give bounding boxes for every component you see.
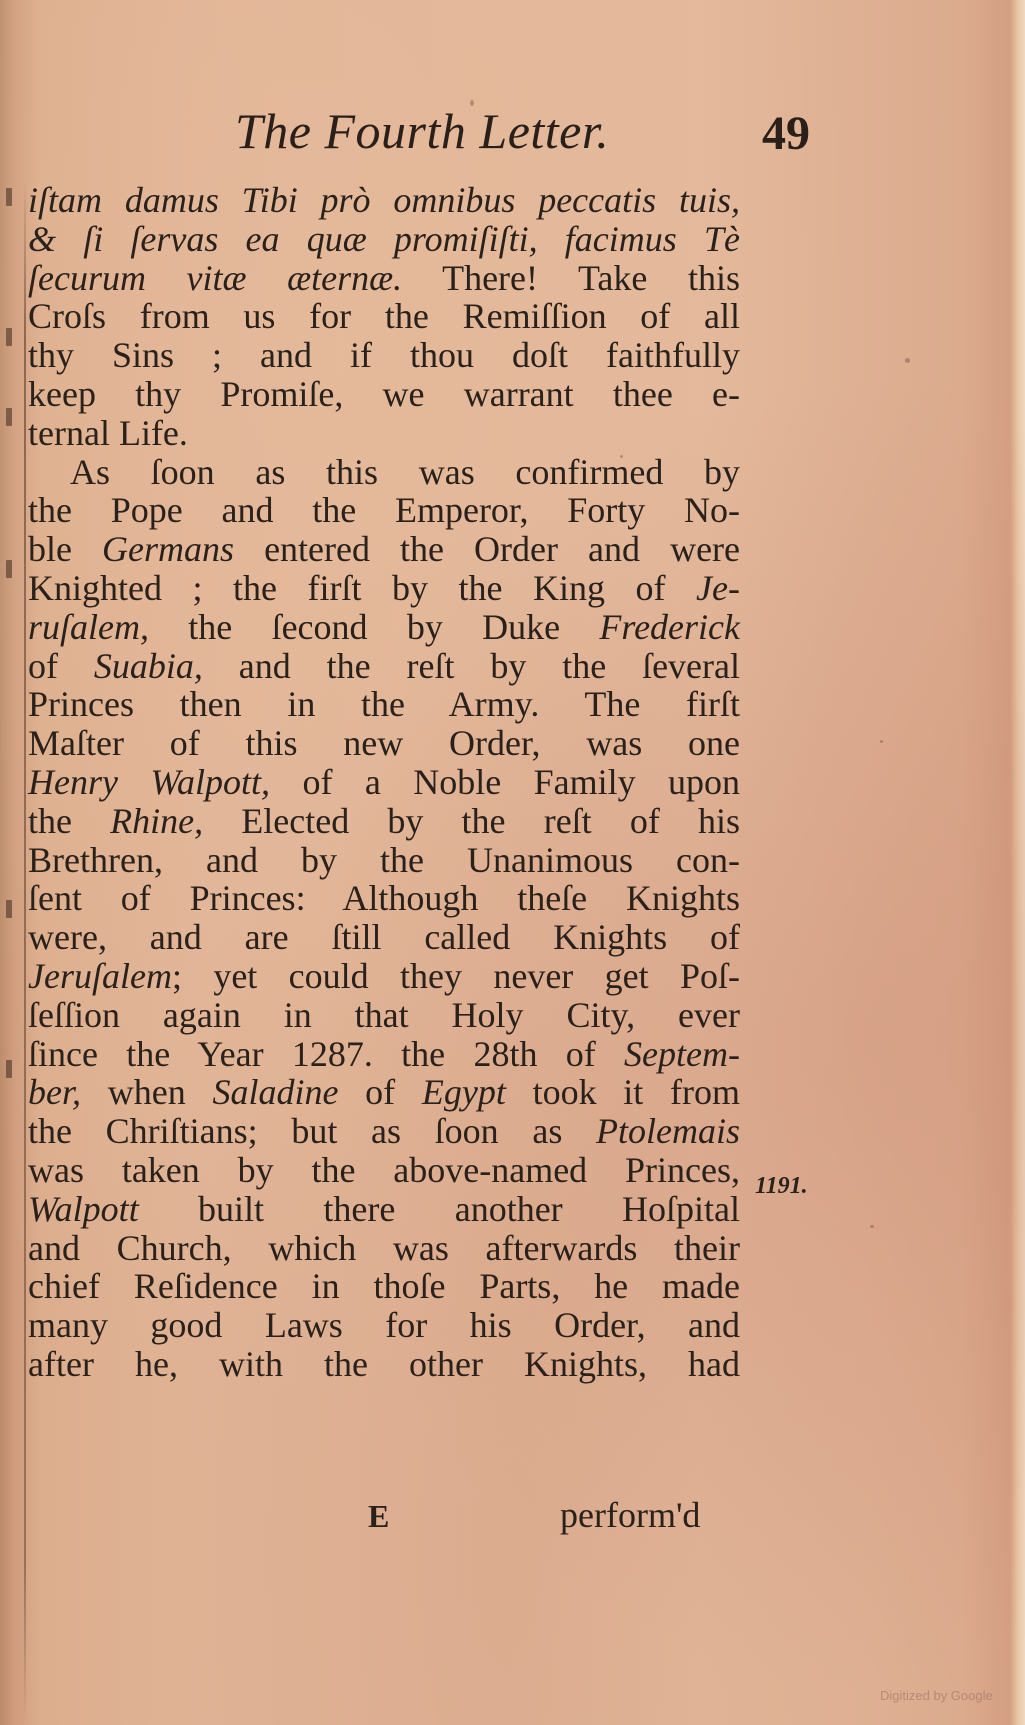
text-segment: Princes then in the Army. The firſt (28, 684, 740, 724)
text-line: iſtam damus Tibi prò omnibus peccatis tu… (28, 180, 740, 220)
text-line: Henry Walpott, of a Noble Family upon (28, 762, 740, 802)
text-line: were, and are ſtill called Knights of (28, 917, 740, 957)
text-segment: chief Reſidence in thoſe Parts, he made (28, 1266, 740, 1306)
paper-speck (880, 740, 883, 743)
text-line: ſent of Princes: Although theſe Knights (28, 878, 740, 918)
text-segment: thy Sins ; and if thou doſt faithfully (28, 335, 740, 375)
text-segment: the Pope and the Emperor, Forty No- (28, 490, 740, 530)
edge-mark (6, 328, 12, 346)
text-line: ruſalem, the ſecond by Duke Frederick (28, 607, 740, 647)
text-segment: of a Noble Family upon (270, 762, 740, 802)
text-segment: and the reſt by the ſeveral (203, 646, 740, 686)
italic-text-segment: ruſalem, (28, 607, 149, 647)
italic-text-segment: & ſi ſervas ea quæ promiſiſti, facimus T… (28, 219, 740, 259)
text-line: thy Sins ; and if thou doſt faithfully (28, 335, 740, 375)
italic-text-segment: Saladine (212, 1072, 338, 1112)
page-gutter-line (24, 180, 26, 1720)
text-segment: after he, with the other Knights, had (28, 1344, 740, 1384)
edge-mark (6, 560, 12, 578)
text-segment: entered the Order and were (234, 529, 740, 569)
text-line: and Church, which was afterwards their (28, 1228, 740, 1268)
text-segment: Brethren, and by the Unanimous con- (28, 840, 740, 880)
italic-text-segment: ber, (28, 1072, 81, 1112)
italic-text-segment: Rhine, (110, 801, 203, 841)
page-number: 49 (762, 106, 810, 161)
italic-text-segment: Egypt (422, 1072, 506, 1112)
text-segment: built there another Hoſpital (139, 1189, 740, 1229)
italic-text-segment: Germans (102, 529, 234, 569)
italic-text-segment: Jeruſalem (28, 956, 172, 996)
text-line: ſecurum vitæ æternæ. There! Take this (28, 258, 740, 298)
italic-text-segment: iſtam damus Tibi prò omnibus peccatis tu… (28, 180, 740, 220)
italic-text-segment: Frederick (599, 607, 740, 647)
text-line: Maſter of this new Order, was one (28, 723, 740, 763)
text-segment: Elected by the reſt of his (203, 801, 740, 841)
text-line: ternal Life. (28, 413, 740, 453)
text-segment: ſent of Princes: Although theſe Knights (28, 878, 740, 918)
text-line: ſince the Year 1287. the 28th of Septem- (28, 1034, 740, 1074)
text-segment: many good Laws for his Order, and (28, 1305, 740, 1345)
text-line: Brethren, and by the Unanimous con- (28, 840, 740, 880)
digitization-watermark: Digitized by Google (880, 1688, 993, 1703)
text-segment: were, and are ſtill called Knights of (28, 917, 740, 957)
text-line: the Rhine, Elected by the reſt of his (28, 801, 740, 841)
text-segment: ſeſſion again in that Holy City, ever (28, 995, 740, 1035)
italic-text-segment: Suabia, (94, 646, 203, 686)
margin-note-year: 1191. (755, 1173, 808, 1200)
text-segment: the (28, 801, 110, 841)
text-line: As ſoon as this was confirmed by (28, 452, 740, 492)
scanned-book-page: The Fourth Letter. 49 iſtam damus Tibi p… (0, 0, 1025, 1725)
text-line: after he, with the other Knights, had (28, 1344, 740, 1384)
italic-text-segment: Je- (696, 568, 740, 608)
text-line: Knighted ; the firſt by the King of Je- (28, 568, 740, 608)
edge-mark (6, 900, 12, 918)
text-segment: ſince the Year 1287. the 28th of (28, 1034, 624, 1074)
text-segment: and Church, which was afterwards their (28, 1228, 740, 1268)
text-segment: was taken by the above-named Princes, (28, 1150, 740, 1190)
italic-text-segment: ſecurum vitæ æternæ. (28, 258, 402, 298)
text-line: ber, when Saladine of Egypt took it from (28, 1072, 740, 1112)
text-segment: ; yet could they never get Poſ- (172, 956, 740, 996)
catchword: perform'd (560, 1494, 700, 1536)
italic-text-segment: Ptolemais (596, 1111, 740, 1151)
running-header-title: The Fourth Letter. (235, 102, 609, 160)
italic-text-segment: Henry Walpott, (28, 762, 270, 802)
text-segment: the ſecond by Duke (149, 607, 599, 647)
text-line: & ſi ſervas ea quæ promiſiſti, facimus T… (28, 219, 740, 259)
text-line: chief Reſidence in thoſe Parts, he made (28, 1266, 740, 1306)
text-line: keep thy Promiſe, we warrant thee e- (28, 374, 740, 414)
text-segment: ternal Life. (28, 413, 188, 453)
text-segment: Maſter of this new Order, was one (28, 723, 740, 763)
edge-mark (6, 408, 12, 426)
text-segment: of (338, 1072, 421, 1112)
text-line: of Suabia, and the reſt by the ſeveral (28, 646, 740, 686)
text-line: the Pope and the Emperor, Forty No- (28, 490, 740, 530)
text-segment: took it from (506, 1072, 740, 1112)
text-segment: ble (28, 529, 102, 569)
italic-text-segment: Walpott (28, 1189, 139, 1229)
text-line: Jeruſalem; yet could they never get Poſ- (28, 956, 740, 996)
text-segment: As ſoon as this was confirmed by (70, 452, 740, 492)
text-segment: Knighted ; the firſt by the King of (28, 568, 696, 608)
text-line: the Chriſtians; but as ſoon as Ptolemais (28, 1111, 740, 1151)
text-segment: when (81, 1072, 212, 1112)
text-line: was taken by the above-named Princes, (28, 1150, 740, 1190)
paper-speck (905, 358, 910, 363)
text-segment: keep thy Promiſe, we warrant thee e- (28, 374, 740, 414)
text-segment: of (28, 646, 94, 686)
signature-mark: E (368, 1498, 389, 1535)
text-segment: the Chriſtians; but as ſoon as (28, 1111, 596, 1151)
edge-mark (6, 188, 12, 206)
text-line: Croſs from us for the Remiſſion of all (28, 296, 740, 336)
text-line: ſeſſion again in that Holy City, ever (28, 995, 740, 1035)
text-segment: Croſs from us for the Remiſſion of all (28, 296, 740, 336)
edge-mark (6, 1060, 12, 1078)
italic-text-segment: Septem- (624, 1034, 740, 1074)
text-line: Walpott built there another Hoſpital (28, 1189, 740, 1229)
text-line: Princes then in the Army. The firſt (28, 684, 740, 724)
text-line: ble Germans entered the Order and were (28, 529, 740, 569)
text-segment: There! Take this (402, 258, 740, 298)
paper-speck (870, 1225, 874, 1228)
text-line: many good Laws for his Order, and (28, 1305, 740, 1345)
